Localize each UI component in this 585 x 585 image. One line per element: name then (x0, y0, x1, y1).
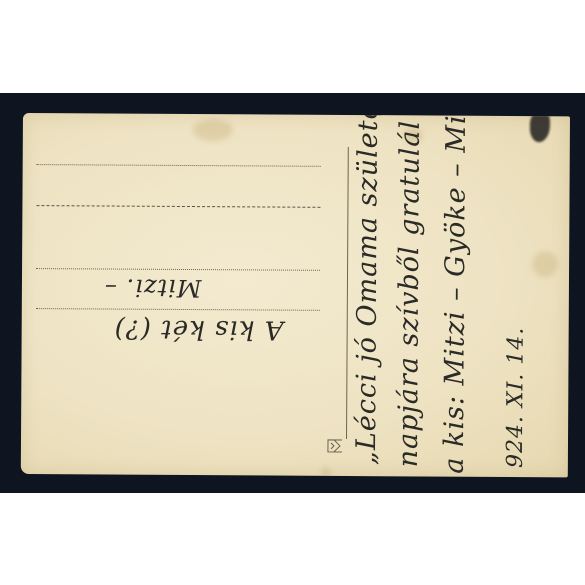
stain (321, 467, 331, 477)
ink-blot (530, 113, 550, 142)
message-line-2: napjára szívből gratulál (393, 120, 426, 468)
address-line-1 (37, 164, 321, 167)
address-line-3 (36, 268, 320, 271)
message-line-3: a kis: Mitzi – Gyöke – Mik (439, 113, 472, 474)
address-line-2 (36, 205, 320, 208)
message-date: 924. XI. 14. (503, 327, 529, 468)
address-line-a: A kis két (?) (114, 314, 284, 345)
vertical-divider (346, 147, 349, 439)
stain (193, 119, 233, 141)
postcard: A kis két (?) Mitzi. – „Lécci jó Omama s… (21, 113, 570, 477)
address-line-b: Mitzi. – (104, 273, 202, 302)
message-line-1: „Lécci jó Omama születés- (351, 113, 384, 465)
stain (532, 251, 558, 277)
address-line-4 (36, 308, 320, 311)
printer-mark-icon (327, 439, 343, 453)
